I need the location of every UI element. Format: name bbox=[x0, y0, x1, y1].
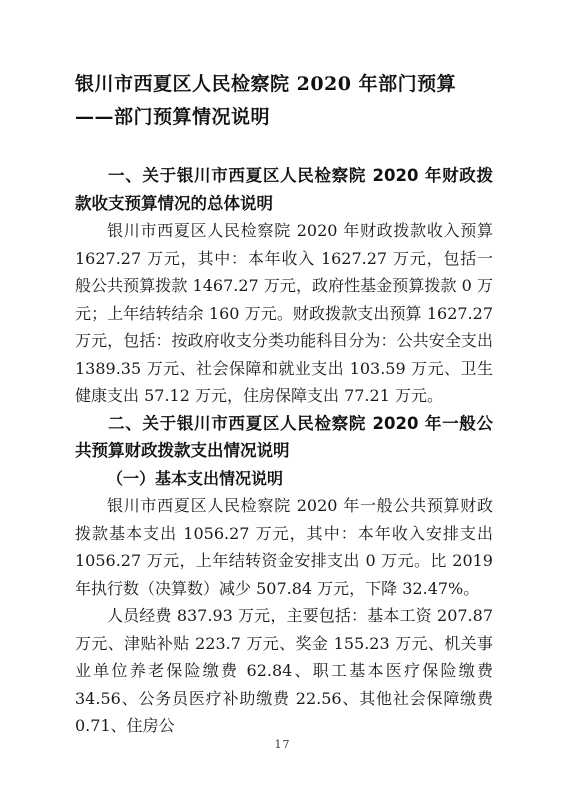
section-2-paragraph-2: 人员经费 837.93 万元，主要包括：基本工资 207.87 万元、津贴补贴 … bbox=[75, 602, 493, 740]
section-1-heading: 一、关于银川市西夏区人民检察院 2020 年财政拨款收支预算情况的总体说明 bbox=[75, 162, 493, 217]
document-title: 银川市西夏区人民检察院 2020 年部门预算——部门预算情况说明 bbox=[75, 68, 493, 134]
section-2-paragraph-1: 银川市西夏区人民检察院 2020 年一般公共预算财政拨款基本支出 1056.27… bbox=[75, 492, 493, 602]
document-page: 银川市西夏区人民检察院 2020 年部门预算——部门预算情况说明 一、关于银川市… bbox=[0, 0, 565, 800]
section-2-heading: 二、关于银川市西夏区人民检察院 2020 年一般公共预算财政拨款支出情况说明 bbox=[75, 410, 493, 465]
document-content: 银川市西夏区人民检察院 2020 年部门预算——部门预算情况说明 一、关于银川市… bbox=[75, 68, 493, 740]
section-1-paragraph: 银川市西夏区人民检察院 2020 年财政拨款收入预算 1627.27 万元，其中… bbox=[75, 217, 493, 410]
section-2-subheading: （一）基本支出情况说明 bbox=[75, 465, 493, 493]
page-number: 17 bbox=[0, 738, 565, 751]
